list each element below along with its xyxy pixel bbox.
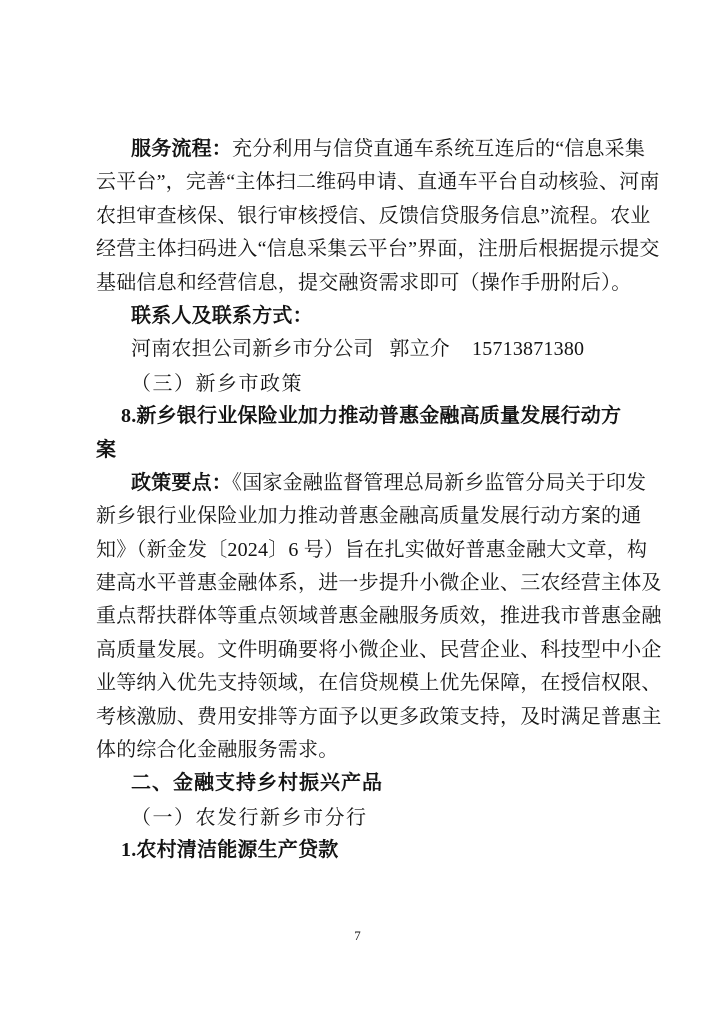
contact-info-line: 河南农担公司新乡市分公司郭立介15713871380: [96, 333, 621, 366]
body-text: 云平台”，完善“主体扫二维码申请、直通车平台自动核验、河南: [96, 171, 660, 193]
body-text: 重点帮扶群体等重点领域普惠金融服务质效，推进我市普惠金融: [96, 605, 662, 627]
subsection-heading-text: （一）农发行新乡市分行: [131, 805, 368, 829]
paragraph-policy-points-line-4: 建高水平普惠金融体系，进一步提升小微企业、三农经营主体及: [96, 567, 621, 600]
policy-8-heading-line-2: 案: [96, 434, 621, 467]
label-policy-points: 政策要点：: [131, 472, 232, 494]
paragraph-policy-points-line-1: 政策要点：《国家金融监督管理总局新乡监管分局关于印发: [96, 467, 621, 500]
subsection-heading-text: （三）新乡市政策: [131, 371, 303, 395]
paragraph-policy-points-line-3: 知》（新金发〔2024〕6 号）旨在扎实做好普惠金融大文章，构: [96, 534, 621, 567]
contact-phone: 15713871380: [472, 338, 584, 360]
paragraph-service-process-line-4: 经营主体扫码进入“信息采集云平台”界面，注册后根据提示提交: [96, 233, 621, 266]
section-2-heading-text: 二、金融支持乡村振兴产品: [131, 772, 383, 794]
contact-heading-line: 联系人及联系方式：: [96, 300, 621, 333]
product-1-heading: 1.农村清洁能源生产贷款: [96, 834, 621, 867]
policy-8-heading-text: 8.新乡银行业保险业加力推动普惠金融高质量发展行动方: [121, 405, 621, 427]
contact-person: 郭立介: [389, 338, 450, 360]
paragraph-policy-points-line-5: 重点帮扶群体等重点领域普惠金融服务质效，推进我市普惠金融: [96, 600, 621, 633]
body-text: 考核激励、费用安排等方面予以更多政策支持，及时满足普惠主: [96, 706, 662, 728]
body-text: 建高水平普惠金融体系，进一步提升小微企业、三农经营主体及: [96, 572, 662, 594]
paragraph-policy-points-line-8: 考核激励、费用安排等方面予以更多政策支持，及时满足普惠主: [96, 701, 621, 734]
policy-8-heading-line-1: 8.新乡银行业保险业加力推动普惠金融高质量发展行动方: [96, 400, 621, 433]
document-body: 服务流程：充分利用与信贷直通车系统互连后的“信息采集 云平台”，完善“主体扫二维…: [96, 133, 621, 868]
body-text: 充分利用与信贷直通车系统互连后的“信息采集: [232, 138, 645, 160]
paragraph-policy-points-line-6: 高质量发展。文件明确要将小微企业、民营企业、科技型中小企: [96, 634, 621, 667]
paragraph-service-process-line-1: 服务流程：充分利用与信贷直通车系统互连后的“信息采集: [96, 133, 621, 166]
body-text: 高质量发展。文件明确要将小微企业、民营企业、科技型中小企: [96, 639, 662, 661]
contact-company: 河南农担公司新乡市分公司: [131, 338, 373, 360]
paragraph-policy-points-line-7: 业等纳入优先支持领域，在信贷规模上优先保障，在授信权限、: [96, 667, 621, 700]
body-text: 知》（新金发〔2024〕6 号）旨在扎实做好普惠金融大文章，构: [96, 539, 647, 561]
paragraph-service-process-line-2: 云平台”，完善“主体扫二维码申请、直通车平台自动核验、河南: [96, 166, 621, 199]
body-text: 业等纳入优先支持领域，在信贷规模上优先保障，在授信权限、: [96, 672, 662, 694]
paragraph-service-process-line-5: 基础信息和经营信息，提交融资需求即可（操作手册附后）。: [96, 267, 621, 300]
body-text: 基础信息和经营信息，提交融资需求即可（操作手册附后）。: [96, 272, 631, 294]
label-contact: 联系人及联系方式：: [131, 305, 313, 327]
product-1-heading-text: 1.农村清洁能源生产贷款: [121, 839, 338, 861]
body-text: 《国家金融监督管理总局新乡监管分局关于印发: [232, 472, 646, 494]
body-text: 农担审查核保、银行审核授信、反馈信贷服务信息”流程。农业: [96, 205, 650, 227]
section-2-heading: 二、金融支持乡村振兴产品: [96, 767, 621, 800]
label-service-process: 服务流程：: [131, 138, 232, 160]
paragraph-service-process-line-3: 农担审查核保、银行审核授信、反馈信贷服务信息”流程。农业: [96, 200, 621, 233]
subsection-heading-xinxiang-policy: （三）新乡市政策: [96, 367, 621, 400]
paragraph-policy-points-line-2: 新乡银行业保险业加力推动普惠金融高质量发展行动方案的通: [96, 500, 621, 533]
document-page: 服务流程：充分利用与信贷直通车系统互连后的“信息采集 云平台”，完善“主体扫二维…: [0, 0, 715, 1011]
body-text: 经营主体扫码进入“信息采集云平台”界面，注册后根据提示提交: [96, 238, 660, 260]
page-number: 7: [0, 926, 715, 946]
body-text: 体的综合化金融服务需求。: [96, 739, 338, 761]
body-text: 新乡银行业保险业加力推动普惠金融高质量发展行动方案的通: [96, 505, 641, 527]
policy-8-heading-text: 案: [96, 439, 116, 461]
paragraph-policy-points-line-9: 体的综合化金融服务需求。: [96, 734, 621, 767]
subsection-heading-nongfahang: （一）农发行新乡市分行: [96, 801, 621, 834]
